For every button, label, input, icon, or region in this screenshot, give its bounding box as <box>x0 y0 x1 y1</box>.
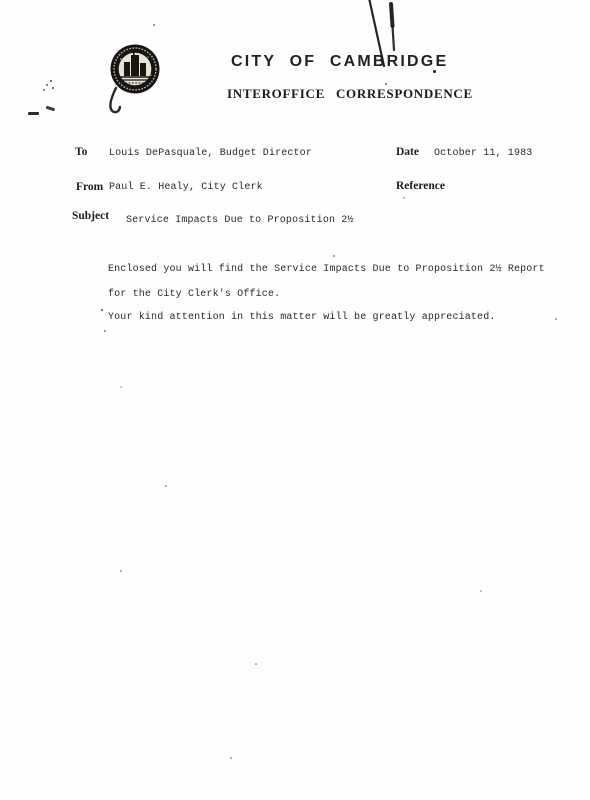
doc-type-title: INTEROFFICE CORRESPONDENCE <box>227 86 473 102</box>
scan-speck <box>46 84 48 86</box>
date-label: Date <box>396 146 419 158</box>
scan-speck <box>403 197 405 199</box>
scan-smudge <box>46 106 55 111</box>
scan-speck <box>52 87 54 89</box>
scan-speck <box>101 309 103 311</box>
scan-speck <box>43 89 45 91</box>
to-value: Louis DePasquale, Budget Director <box>109 148 312 159</box>
scan-speck <box>255 663 257 665</box>
body-line-3: Your kind attention in this matter will … <box>108 312 496 323</box>
scan-speck <box>433 70 436 73</box>
city-of-cambridge-seal-icon <box>106 42 166 120</box>
reference-label: Reference <box>396 180 445 192</box>
scan-speck <box>480 590 482 592</box>
scan-speck <box>104 330 106 332</box>
pen-stroke-marks <box>355 0 415 82</box>
memo-page: CITY OF CAMBRIDGE INTEROFFICE CORRESPOND… <box>0 0 590 800</box>
scan-speck <box>120 386 122 388</box>
org-title: CITY OF CAMBRIDGE <box>231 53 448 71</box>
scan-smudge <box>28 112 39 115</box>
scan-speck <box>120 570 122 572</box>
from-label: From <box>76 181 103 193</box>
scan-speck <box>230 757 232 759</box>
body-line-2: for the City Clerk's Office. <box>108 289 280 300</box>
scan-speck <box>165 485 167 487</box>
scan-speck <box>50 80 52 82</box>
seal-ink-drip <box>110 88 120 112</box>
subject-label: Subject <box>72 210 109 222</box>
subject-value: Service Impacts Due to Proposition 2½ <box>126 215 354 226</box>
scan-speck <box>153 24 155 26</box>
scan-speck <box>333 255 335 257</box>
scan-speck <box>555 318 557 320</box>
date-value: October 11, 1983 <box>434 148 532 159</box>
body-line-1: Enclosed you will find the Service Impac… <box>108 264 545 275</box>
from-value: Paul E. Healy, City Clerk <box>109 182 263 193</box>
scan-speck <box>385 83 387 85</box>
to-label: To <box>75 146 87 158</box>
